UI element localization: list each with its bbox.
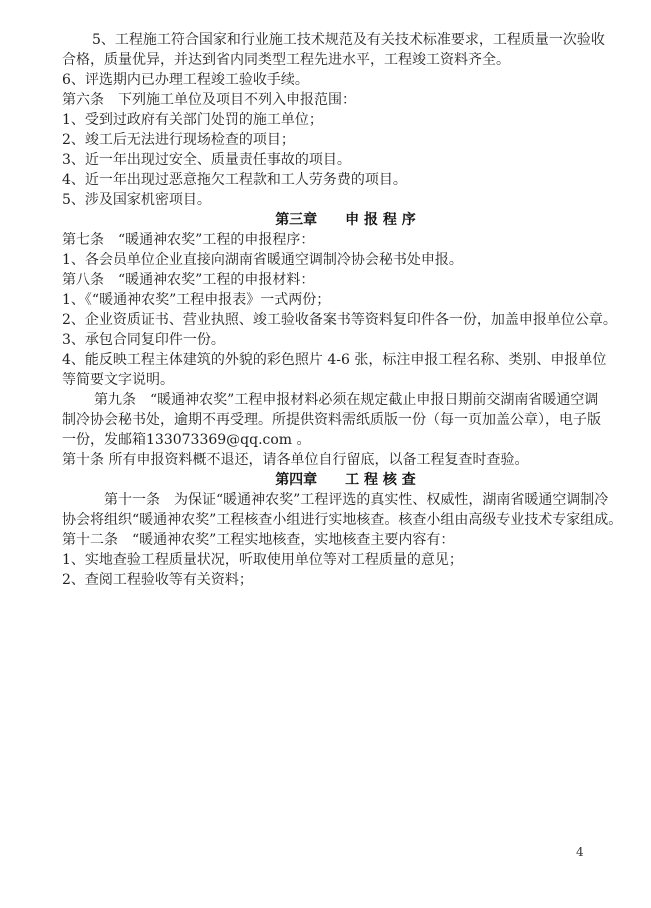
- para-clause-6: 第六条 下列施工单位及项目不列入申报范围：: [62, 90, 629, 110]
- para-item-6: 6、评选期内已办理工程竣工验收手续。: [62, 70, 629, 90]
- clause12-item-2: 2、查阅工程验收等有关资料；: [62, 570, 629, 590]
- clause7-item-1: 1、各会员单位企业直接向湖南省暖通空调制冷协会秘书处申报。: [62, 250, 629, 270]
- clause6-list-item-4: 4、近一年出现过恶意拖欠工程款和工人劳务费的项目。: [62, 170, 629, 190]
- clause6-list-item-3: 3、近一年出现过安全、质量责任事故的项目。: [62, 150, 629, 170]
- page-number: 4: [576, 845, 584, 859]
- para-clause-8: 第八条 “暖通神农奖”工程的申报材料：: [62, 270, 629, 290]
- clause12-item-1: 1、实地查验工程质量状况，听取使用单位等对工程质量的意见；: [62, 550, 629, 570]
- para-clause-7: 第七条 “暖通神农奖”工程的申报程序：: [62, 230, 629, 250]
- clause6-list-item-5: 5、涉及国家机密项目。: [62, 190, 629, 210]
- para-item-5: 5、工程施工符合国家和行业施工技术规范及有关技术标准要求，工程质量一次验收 合格…: [62, 30, 629, 70]
- document-body: 5、工程施工符合国家和行业施工技术规范及有关技术标准要求，工程质量一次验收 合格…: [0, 0, 651, 590]
- para-clause-11: 第十一条 为保证“暖通神农奖”工程评选的真实性、权威性，湖南省暖通空调制冷 协会…: [62, 490, 629, 530]
- para-clause-10: 第十条 所有申报资料概不退还，请各单位自行留底，以备工程复查时查验。: [62, 450, 629, 470]
- clause8-item-3: 3、承包合同复印件一份。: [62, 330, 629, 350]
- document-page: 5、工程施工符合国家和行业施工技术规范及有关技术标准要求，工程质量一次验收 合格…: [0, 0, 651, 908]
- clause8-item-4: 4、能反映工程主体建筑的外貌的彩色照片 4-6 张，标注申报工程名称、类别、申报…: [62, 350, 629, 390]
- chapter-3-heading: 第三章 申 报 程 序: [62, 210, 629, 230]
- clause6-list-item-2: 2、竣工后无法进行现场检查的项目；: [62, 130, 629, 150]
- clause8-item-2: 2、企业资质证书、营业执照、竣工验收备案书等资料复印件各一份，加盖申报单位公章。: [62, 310, 629, 330]
- chapter-4-heading: 第四章 工 程 核 查: [62, 470, 629, 490]
- clause8-item-1: 1、《“暖通神农奖”工程申报表》一式两份；: [62, 290, 629, 310]
- para-clause-12: 第十二条 “暖通神农奖”工程实地核查，实地核查主要内容有：: [62, 530, 629, 550]
- para-clause-9: 第九条 “暖通神农奖”工程申报材料必须在规定截止申报日期前交湖南省暖通空调 制冷…: [62, 390, 629, 450]
- clause6-list-item-1: 1、受到过政府有关部门处罚的施工单位；: [62, 110, 629, 130]
